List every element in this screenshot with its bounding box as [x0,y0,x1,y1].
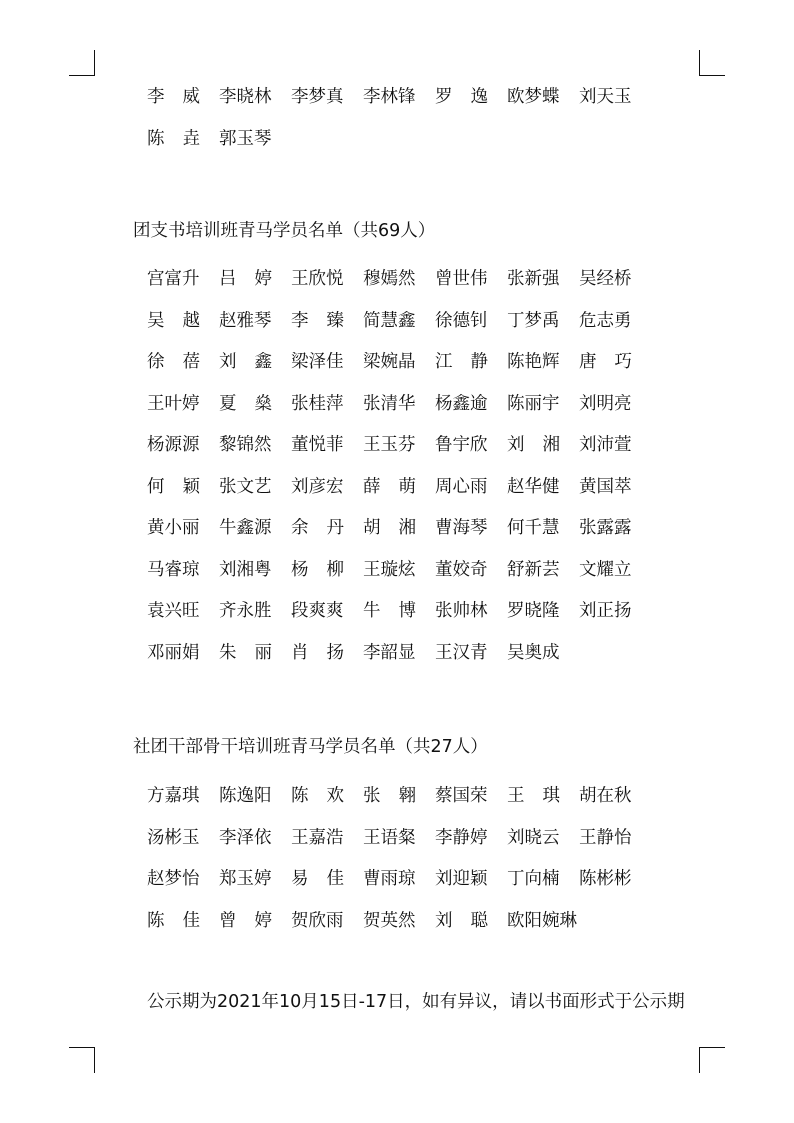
crop-mark-bottom-left [69,1047,95,1073]
name-row: 徐蓓刘鑫梁泽佳梁婉晶江静陈艳辉唐巧 [147,350,651,374]
student-name: 黄国萃 [579,475,651,499]
student-name: 李静婷 [435,826,507,850]
student-name: 陈彬彬 [579,867,651,891]
student-name: 吕婷 [219,267,291,291]
student-name: 刘湘 [507,433,579,457]
name-row: 赵梦怡郑玉婷易佳曹雨琼刘迎颖丁向楠陈彬彬 [147,867,651,891]
student-name: 刘迎颖 [435,867,507,891]
student-name: 易佳 [291,867,363,891]
student-name: 夏燊 [219,392,291,416]
student-name: 罗晓隆 [507,599,579,623]
student-name: 陈垚 [147,127,219,151]
crop-mark-top-left [69,50,95,76]
student-name: 马睿琼 [147,558,219,582]
name-row: 何颖张文艺刘彦宏薛萌周心雨赵华健黄国萃 [147,475,651,499]
student-name: 刘明亮 [579,392,651,416]
student-name: 李梦真 [291,85,363,109]
student-name: 刘沛萱 [579,433,651,457]
student-name: 曾世伟 [435,267,507,291]
student-name: 文耀立 [579,558,651,582]
student-name: 曹海琴 [435,516,507,540]
student-name: 梁泽佳 [291,350,363,374]
name-row: 邓丽娟朱丽肖扬李韶显王汉青吴奥成 [147,641,579,665]
student-name: 牛鑫源 [219,516,291,540]
student-name: 江静 [435,350,507,374]
student-name: 罗逸 [435,85,507,109]
section-heading: 团支书培训班青马学员名单（共69人） [133,219,435,243]
student-name: 袁兴旺 [147,599,219,623]
student-name: 张翱 [363,784,435,808]
name-row: 李威李晓林李梦真李林锋罗逸欧梦蝶刘天玉 [147,85,651,109]
student-name: 王叶婷 [147,392,219,416]
student-name: 丁梦禹 [507,309,579,333]
name-row: 方嘉琪陈逸阳陈欢张翱蔡国荣王琪胡在秋 [147,784,651,808]
student-name: 穆嫣然 [363,267,435,291]
student-name: 杨鑫逾 [435,392,507,416]
student-name: 汤彬玉 [147,826,219,850]
name-row: 杨源源黎锦然董悦菲王玉芬鲁宇欣刘湘刘沛萱 [147,433,651,457]
student-name: 陈丽宇 [507,392,579,416]
student-name: 徐蓓 [147,350,219,374]
student-name: 方嘉琪 [147,784,219,808]
name-row: 宫富升吕婷王欣悦穆嫣然曾世伟张新强吴经桥 [147,267,651,291]
student-name: 张露露 [579,516,651,540]
student-name: 曹雨琼 [363,867,435,891]
student-name: 刘彦宏 [291,475,363,499]
crop-mark-bottom-right [699,1047,725,1073]
student-name: 朱丽 [219,641,291,665]
student-name: 王琪 [507,784,579,808]
student-name: 刘天玉 [579,85,651,109]
student-name: 王玉芬 [363,433,435,457]
student-name: 刘晓云 [507,826,579,850]
student-name: 赵雅琴 [219,309,291,333]
student-name: 张文艺 [219,475,291,499]
student-name: 贺英然 [363,909,435,933]
student-name: 胡在秋 [579,784,651,808]
student-name: 张帅林 [435,599,507,623]
notice-text: 公示期为2021年10月15日-17日，如有异议，请以书面形式于公示期 [147,990,685,1014]
student-name: 何颖 [147,475,219,499]
student-name: 贺欣雨 [291,909,363,933]
student-name: 李臻 [291,309,363,333]
student-name: 宫富升 [147,267,219,291]
student-name: 欧梦蝶 [507,85,579,109]
student-name: 简慧鑫 [363,309,435,333]
student-name: 吴奥成 [507,641,579,665]
student-name: 陈佳 [147,909,219,933]
student-name: 段爽爽 [291,599,363,623]
student-name: 李泽依 [219,826,291,850]
student-name: 李晓林 [219,85,291,109]
student-name: 欧阳婉琳 [507,909,579,933]
student-name: 王欣悦 [291,267,363,291]
student-name: 曾婷 [219,909,291,933]
student-name: 张桂萍 [291,392,363,416]
student-name: 郭玉琴 [219,127,291,151]
name-row: 陈垚郭玉琴 [147,127,291,151]
student-name: 王璇炫 [363,558,435,582]
student-name: 吴越 [147,309,219,333]
student-name: 何千慧 [507,516,579,540]
student-name: 王静怡 [579,826,651,850]
student-name: 董姣奇 [435,558,507,582]
name-row: 王叶婷夏燊张桂萍张清华杨鑫逾陈丽宇刘明亮 [147,392,651,416]
student-name: 薛萌 [363,475,435,499]
student-name: 胡湘 [363,516,435,540]
student-name: 周心雨 [435,475,507,499]
student-name: 蔡国荣 [435,784,507,808]
student-name: 牛博 [363,599,435,623]
student-name: 肖扬 [291,641,363,665]
student-name: 齐永胜 [219,599,291,623]
student-name: 杨柳 [291,558,363,582]
student-name: 刘正扬 [579,599,651,623]
student-name: 赵华健 [507,475,579,499]
student-name: 杨源源 [147,433,219,457]
student-name: 邓丽娟 [147,641,219,665]
student-name: 郑玉婷 [219,867,291,891]
name-row: 黄小丽牛鑫源余丹胡湘曹海琴何千慧张露露 [147,516,651,540]
student-name: 陈逸阳 [219,784,291,808]
student-name: 徐德钊 [435,309,507,333]
student-name: 丁向楠 [507,867,579,891]
student-name: 余丹 [291,516,363,540]
name-row: 陈佳曾婷贺欣雨贺英然刘聪欧阳婉琳 [147,909,579,933]
name-row: 马睿琼刘湘粤杨柳王璇炫董姣奇舒新芸文耀立 [147,558,651,582]
student-name: 赵梦怡 [147,867,219,891]
student-name: 李林锋 [363,85,435,109]
student-name: 舒新芸 [507,558,579,582]
student-name: 刘鑫 [219,350,291,374]
name-row: 汤彬玉李泽依王嘉浩王语粲李静婷刘晓云王静怡 [147,826,651,850]
crop-mark-top-right [699,50,725,76]
student-name: 刘聪 [435,909,507,933]
student-name: 黎锦然 [219,433,291,457]
student-name: 梁婉晶 [363,350,435,374]
student-name: 陈艳辉 [507,350,579,374]
student-name: 吴经桥 [579,267,651,291]
student-name: 唐巧 [579,350,651,374]
student-name: 董悦菲 [291,433,363,457]
student-name: 鲁宇欣 [435,433,507,457]
student-name: 张清华 [363,392,435,416]
student-name: 李韶显 [363,641,435,665]
student-name: 王嘉浩 [291,826,363,850]
student-name: 王语粲 [363,826,435,850]
student-name: 张新强 [507,267,579,291]
section-heading: 社团干部骨干培训班青马学员名单（共27人） [133,735,488,759]
student-name: 刘湘粤 [219,558,291,582]
student-name: 陈欢 [291,784,363,808]
student-name: 黄小丽 [147,516,219,540]
name-row: 袁兴旺齐永胜段爽爽牛博张帅林罗晓隆刘正扬 [147,599,651,623]
student-name: 危志勇 [579,309,651,333]
student-name: 王汉青 [435,641,507,665]
name-row: 吴越赵雅琴李臻简慧鑫徐德钊丁梦禹危志勇 [147,309,651,333]
student-name: 李威 [147,85,219,109]
